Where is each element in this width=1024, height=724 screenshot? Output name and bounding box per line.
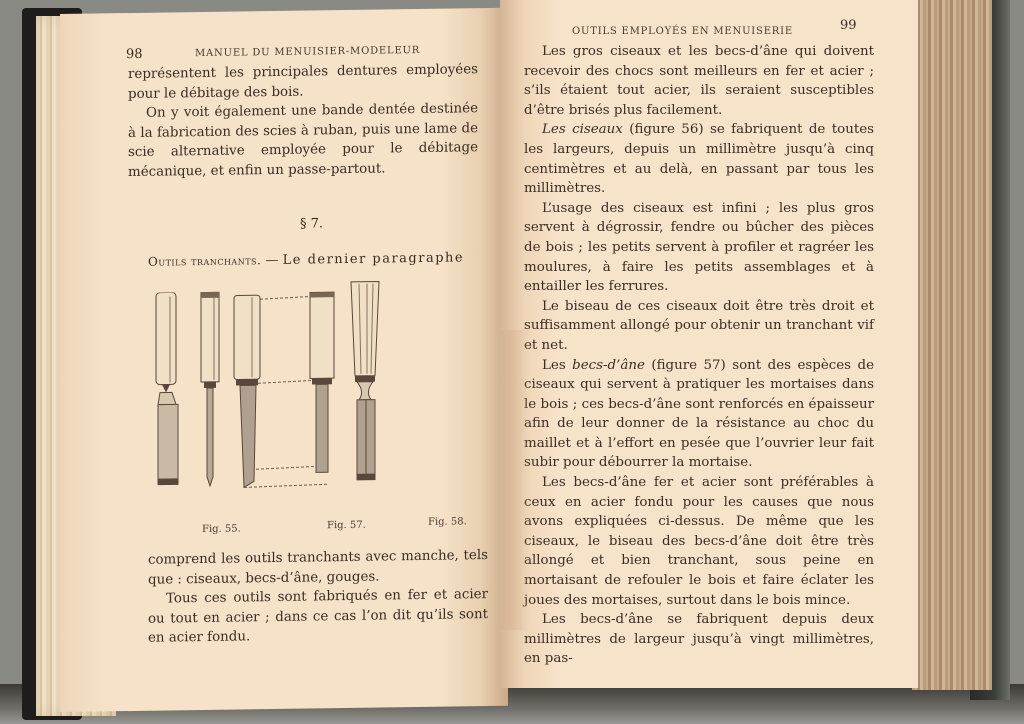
- page-number-right: 99: [840, 18, 857, 33]
- paragraph: Le biseau de ces ciseaux doit être très …: [524, 297, 874, 356]
- right-text: Les gros ciseaux et les becs-d’âne qui d…: [524, 42, 874, 669]
- paragraph: Tous ces outils sont fabriqués en fer et…: [148, 585, 488, 649]
- left-text-bottom: comprend les outils tranchants avec manc…: [148, 546, 488, 649]
- left-page: 98 MANUEL DU MENUISIER-MODELEUR représen…: [60, 8, 508, 712]
- running-head-left: MANUEL DU MENUISIER-MODELEUR: [195, 45, 420, 59]
- chisel-illustration: [150, 292, 190, 493]
- paragraph: Les becs-d’âne se fabriquent depuis deux…: [524, 610, 874, 669]
- figure-caption: Fig. 57.: [327, 520, 366, 532]
- figure-caption: Fig. 58.: [428, 516, 467, 528]
- gutter-shadow: [500, 330, 530, 630]
- section-heading-title: Outils tranchants.: [148, 253, 261, 269]
- paragraph: représentent les principales dentures em…: [128, 60, 478, 104]
- paragraph: Les ciseaux (figure 56) se fabriquent de…: [524, 120, 874, 198]
- running-head-right: OUTILS EMPLOYÉS EN MENUISERIE: [572, 26, 793, 37]
- section-mark: § 7.: [300, 216, 323, 231]
- italic-term: becs-d’âne: [572, 358, 645, 373]
- right-page: OUTILS EMPLOYÉS EN MENUISERIE 99 Les gro…: [500, 0, 918, 688]
- left-text-top: représentent les principales dentures em…: [128, 60, 478, 182]
- paragraph: L’usage des ciseaux est infini ; les plu…: [524, 199, 874, 297]
- mortise-chisel-illustration: [230, 290, 340, 492]
- paragraph: On y voit également une bande dentée des…: [128, 99, 478, 182]
- figure-caption: Fig. 55.: [202, 523, 241, 535]
- paragraph: Les becs-d’âne (figure 57) sont des espè…: [524, 356, 874, 474]
- paragraph: Les gros ciseaux et les becs-d’âne qui d…: [524, 42, 874, 120]
- section-heading: Outils tranchants. — Le dernier paragrap…: [148, 250, 488, 270]
- section-heading-text: Le dernier paragraphe: [283, 250, 464, 268]
- italic-term: Les ciseaux: [542, 122, 623, 137]
- paragraph: comprend les outils tranchants avec manc…: [148, 546, 488, 590]
- page-number-left: 98: [126, 47, 143, 62]
- paragraph: Les becs-d’âne fer et acier sont préféra…: [524, 473, 874, 610]
- figure-chisels: [150, 278, 490, 533]
- firmer-chisel-illustration: [345, 279, 385, 490]
- page-edges-right: [912, 0, 992, 690]
- section-heading-dash: —: [265, 253, 278, 268]
- narrow-chisel-illustration: [195, 292, 225, 492]
